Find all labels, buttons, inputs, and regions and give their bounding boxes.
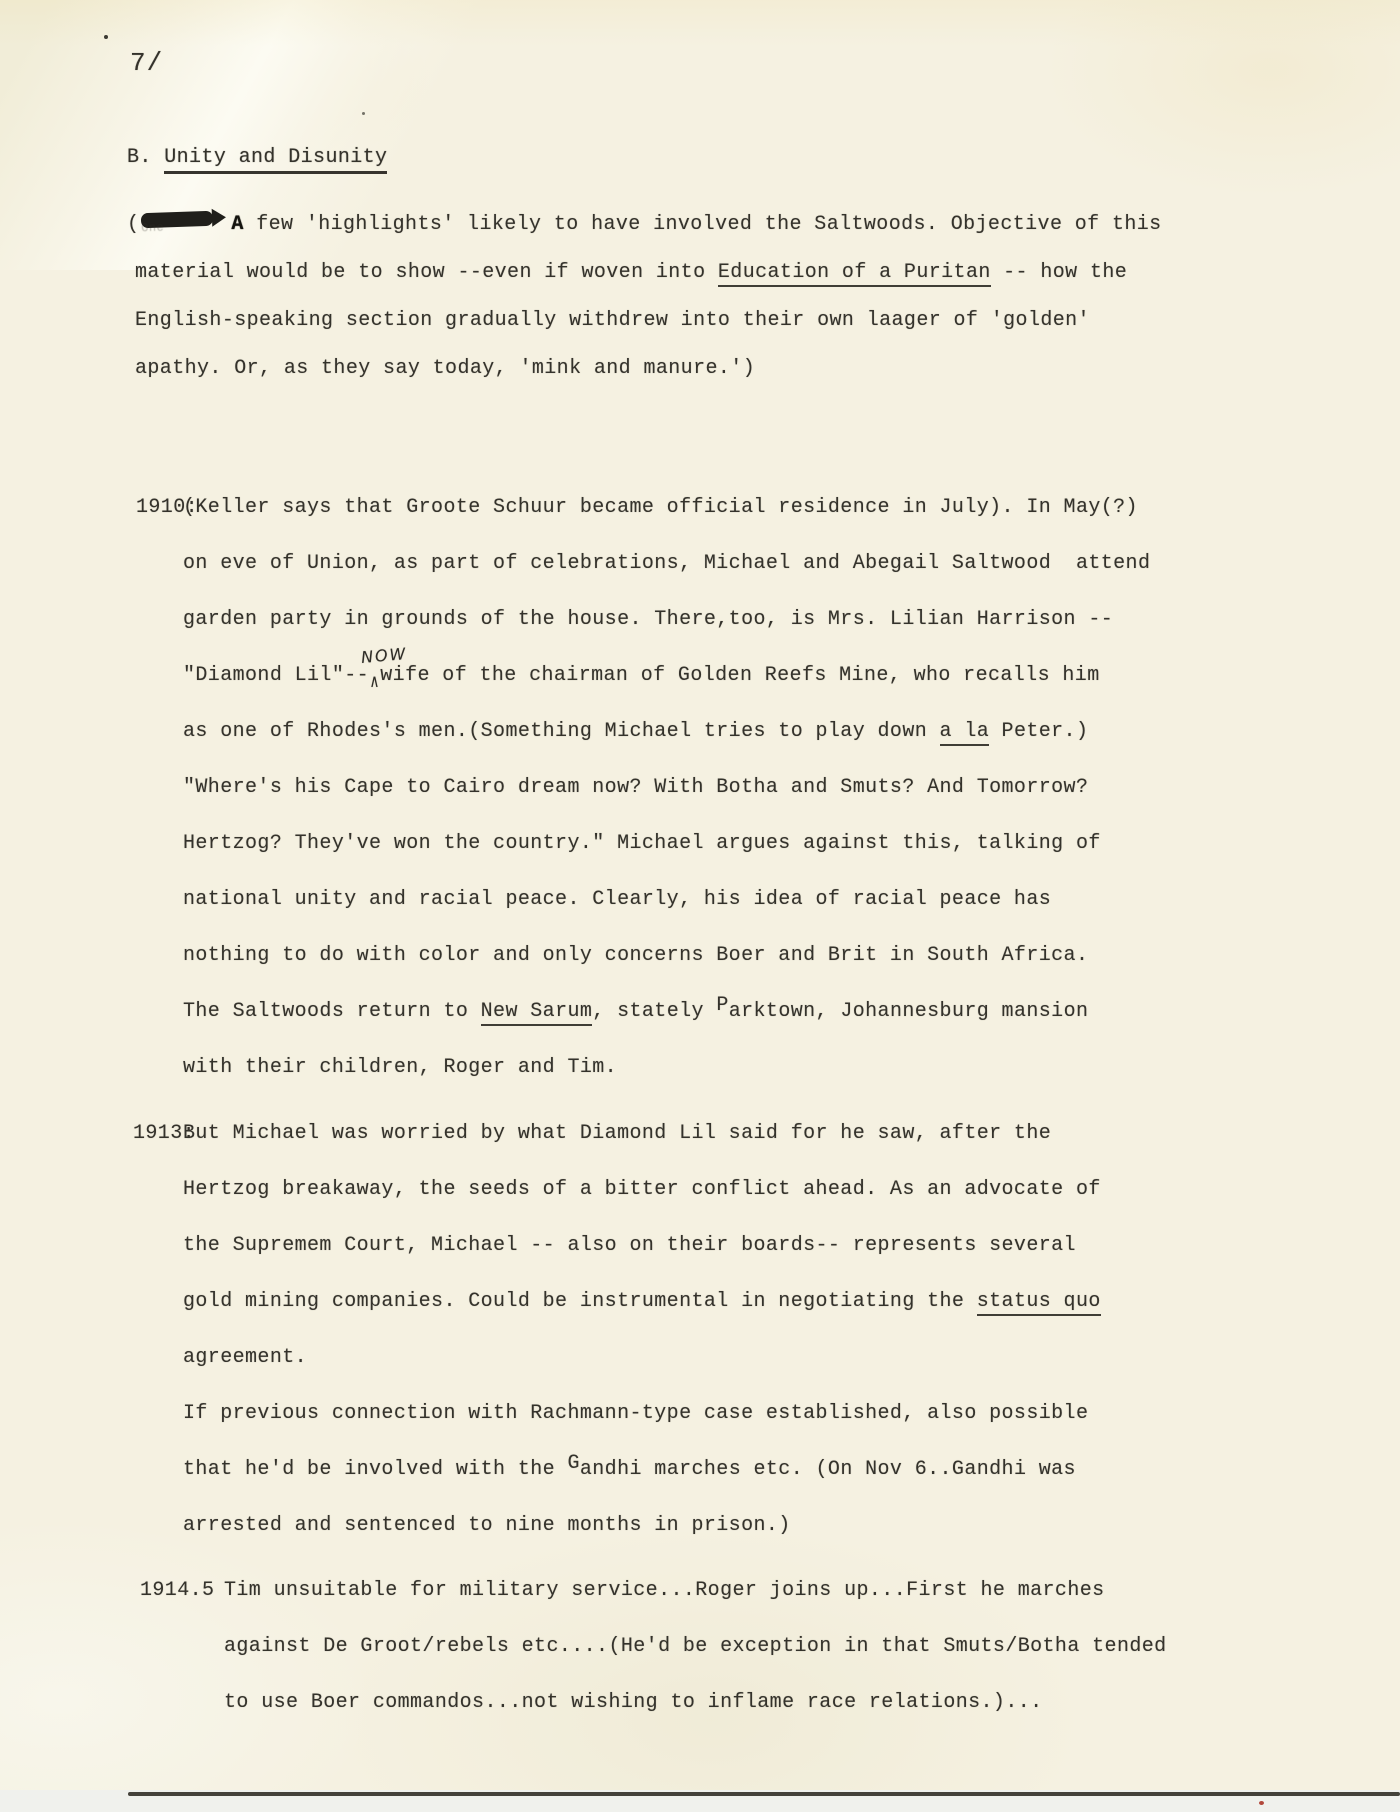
text-line: English-speaking section gradually withd… <box>127 307 1162 334</box>
entry-body: Tim unsuitable for military service...Ro… <box>224 1577 1167 1716</box>
ink-speck <box>362 112 365 115</box>
entry-1913: 1913: But Michael was worried by what Di… <box>133 1120 1101 1568</box>
text-line: national unity and racial peace. Clearly… <box>183 886 1150 913</box>
ink-speck <box>104 35 108 39</box>
text-line: Tim unsuitable for military service...Ro… <box>224 1577 1167 1604</box>
line-text: few 'highlights' likely to have involved… <box>244 213 1162 236</box>
paper-bottom-edge <box>128 1792 1400 1796</box>
inserted-word: NOW <box>360 640 409 671</box>
line-text: andhi marches etc. (On Nov 6..Gandhi was <box>580 1458 1076 1481</box>
text-line: on eve of Union, as part of celebrations… <box>183 550 1150 577</box>
text-line: the Supremem Court, Michael -- also on t… <box>183 1232 1101 1259</box>
text-line: as one of Rhodes's men.(Something Michae… <box>183 718 1150 745</box>
line-text: gold mining companies. Could be instrume… <box>183 1290 977 1313</box>
struck-word-text: One <box>141 220 164 235</box>
page-number: 7/ <box>130 48 163 78</box>
text-line: arrested and sentenced to nine months in… <box>183 1512 1101 1539</box>
entry-body: But Michael was worried by what Diamond … <box>183 1120 1101 1539</box>
text-line: Hertzog? They've won the country." Micha… <box>183 830 1150 857</box>
text-line: Hertzog breakaway, the seeds of a bitter… <box>183 1176 1101 1203</box>
text-line: to use Boer commandos...not wishing to i… <box>224 1689 1167 1716</box>
line-text: The Saltwoods return to <box>183 1000 481 1023</box>
text-line: that he'd be involved with the Gandhi ma… <box>183 1456 1101 1483</box>
line-text: -- how the <box>991 261 1127 284</box>
section-heading: B. Unity and Disunity <box>127 146 387 169</box>
overtyped-letter: A <box>231 213 243 236</box>
scanned-typescript-page: 7/ B. Unity and Disunity (OneA few 'high… <box>0 0 1400 1812</box>
intro-paragraph: (OneA few 'highlights' likely to have in… <box>127 211 1162 403</box>
heading-prefix: B. <box>127 146 164 169</box>
underlined-phrase: a la <box>940 720 990 746</box>
text-line: nothing to do with color and only concer… <box>183 942 1150 969</box>
text-line: If previous connection with Rachmann-typ… <box>183 1400 1101 1427</box>
entry-year-label: 1913: <box>133 1120 195 1147</box>
open-paren: ( <box>127 213 139 236</box>
text-line: "Where's his Cape to Cairo dream now? Wi… <box>183 774 1150 801</box>
heading-title: Unity and Disunity <box>164 146 387 174</box>
text-line: But Michael was worried by what Diamond … <box>183 1120 1101 1147</box>
raised-letter: P <box>716 994 728 1017</box>
entry-1914: 1914.5 Tim unsuitable for military servi… <box>140 1577 1167 1745</box>
text-line: (Keller says that Groote Schuur became o… <box>183 494 1150 521</box>
text-line: material would be to show --even if wove… <box>127 259 1162 286</box>
line-text: as one of Rhodes's men.(Something Michae… <box>183 720 940 743</box>
text-line: against De Groot/rebels etc....(He'd be … <box>224 1633 1167 1660</box>
line-text: Peter.) <box>989 720 1088 743</box>
text-line: "Diamond Lil"--∧NOWwife of the chairman … <box>183 662 1150 689</box>
entry-year-label: 1914.5 <box>140 1577 214 1604</box>
struck-out-word: One <box>141 211 213 229</box>
line-text: arktown, Johannesburg mansion <box>729 1000 1089 1023</box>
handwritten-insertion: ∧NOW <box>369 662 380 690</box>
text-line: (OneA few 'highlights' likely to have in… <box>127 211 1162 238</box>
entry-1910: 1910: (Keller says that Groote Schuur be… <box>136 494 1150 1110</box>
entry-body: (Keller says that Groote Schuur became o… <box>183 494 1150 1081</box>
caret-mark: ∧ <box>370 670 379 697</box>
line-text: material would be to show --even if wove… <box>135 261 718 284</box>
line-text: "Diamond Lil"-- <box>183 664 369 687</box>
text-line: agreement. <box>183 1344 1101 1371</box>
red-speck <box>1259 1801 1264 1805</box>
underlined-phrase: status quo <box>977 1290 1101 1316</box>
underlined-name: New Sarum <box>481 1000 593 1026</box>
line-text: wife of the chairman of Golden Reefs Min… <box>380 664 1099 687</box>
raised-letter: G <box>567 1452 579 1475</box>
entry-year-label: 1910: <box>136 494 198 521</box>
text-line: The Saltwoods return to New Sarum, state… <box>183 998 1150 1025</box>
line-text: that he'd be involved with the <box>183 1458 567 1481</box>
line-text: , stately <box>592 1000 716 1023</box>
text-line: gold mining companies. Could be instrume… <box>183 1288 1101 1315</box>
scan-edge-tint <box>0 0 1400 46</box>
underlined-title: Education of a Puritan <box>718 261 991 287</box>
text-line: with their children, Roger and Tim. <box>183 1054 1150 1081</box>
text-line: garden party in grounds of the house. Th… <box>183 606 1150 633</box>
text-line: apathy. Or, as they say today, 'mink and… <box>127 355 1162 382</box>
